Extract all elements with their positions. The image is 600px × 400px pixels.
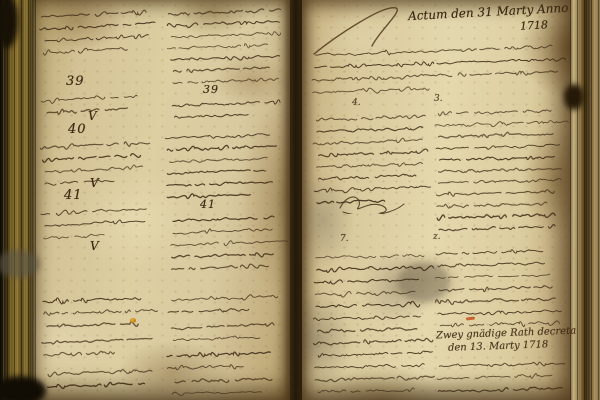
page-gutter <box>284 0 308 400</box>
wood-grain <box>0 0 36 400</box>
entry-number: 41 <box>200 198 216 211</box>
section-mark: 3. <box>434 94 443 104</box>
handwriting-block <box>432 242 562 333</box>
entry-number: 40 <box>68 122 87 137</box>
entry-number: 39 <box>203 83 219 96</box>
handwriting-block <box>46 362 151 395</box>
manuscript-photo: 39 V 40 V 41 V 39 41 Actum den 31 Marty … <box>0 0 600 400</box>
book-edge-right <box>570 0 600 400</box>
wax-drop <box>130 318 136 323</box>
handwriting-block <box>165 2 286 91</box>
handwriting-block <box>37 3 152 61</box>
section-mark: 4. <box>352 98 361 108</box>
check-mark: V <box>88 109 97 123</box>
entry-number: 41 <box>64 188 83 203</box>
handwriting-block <box>40 330 153 363</box>
entry-number: 39 <box>66 74 85 89</box>
pen-flourish-signature <box>338 192 408 214</box>
actum-heading-year: 1718 <box>520 18 549 32</box>
book-binding-left <box>0 0 36 400</box>
handwriting-block <box>164 126 285 205</box>
section-mark: 7. <box>340 234 349 244</box>
handwriting-block <box>39 289 154 335</box>
check-mark: V <box>90 239 99 253</box>
handwriting-block <box>310 246 432 400</box>
handwriting-block <box>309 38 563 101</box>
handwriting-block <box>170 94 283 125</box>
handwriting-block <box>166 209 285 277</box>
check-mark: V <box>90 176 99 190</box>
handwriting-block <box>432 354 561 399</box>
section-mark: z. <box>433 232 441 242</box>
stain-right-edge <box>564 84 584 110</box>
handwriting-block <box>166 316 279 348</box>
wood-grain <box>570 0 600 400</box>
handwriting-block <box>170 370 281 400</box>
handwriting-block <box>432 102 561 237</box>
handwriting-block <box>166 288 285 320</box>
